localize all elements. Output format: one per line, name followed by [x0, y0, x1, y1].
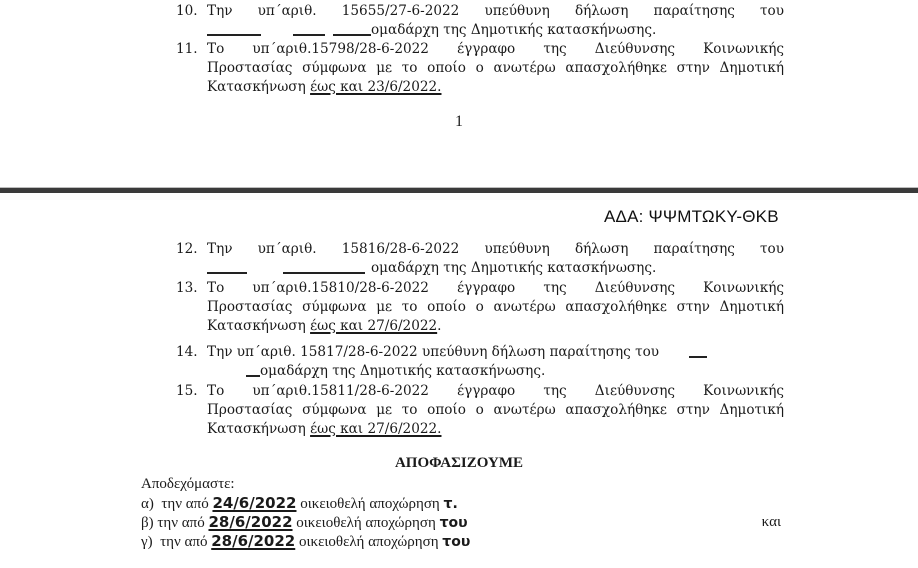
item-text-line: Την υπ΄αριθ. 15816/28-6-2022 υπεύθυνη δή… — [176, 240, 784, 259]
decision-item-b: β) την από 28/6/2022 οικειοθελή αποχώρησ… — [141, 513, 801, 533]
redacted-name — [283, 272, 365, 274]
item-text-line: Το υπ΄αριθ.15811/28-6-2022 έγγραφο της Δ… — [176, 382, 784, 401]
decision-bold-word: του — [440, 515, 468, 531]
redacted-name — [207, 272, 247, 274]
item-text-prefix: Κατασκήνωση — [207, 421, 310, 437]
decision-label: β) — [141, 515, 154, 531]
document-page-2: ΑΔΑ: ΨΨΜΤΩΚΥ-ΘΚΒ 12. Την υπ΄αριθ. 15816/… — [0, 193, 918, 568]
decision-prefix: την από — [160, 534, 207, 550]
item-text-line: Προστασίας σύμφωνα με το οποίο ο ανωτέρω… — [176, 298, 784, 317]
decision-item-c: γ) την από 28/6/2022 οικειοθελή αποχώρησ… — [141, 532, 801, 552]
page-number: 1 — [0, 113, 918, 131]
underlined-date: έως και 27/6/2022. — [310, 421, 441, 437]
list-item-13: 13. Το υπ΄αριθ.15810/28-6-2022 έγγραφο τ… — [176, 279, 784, 336]
item-text-line: Προστασίας σύμφωνα με το οποίο ο ανωτέρω… — [176, 401, 784, 420]
underlined-date: έως και 27/6/2022 — [310, 318, 437, 334]
decision-item-a: α) την από 24/6/2022 οικειοθελή αποχώρησ… — [141, 494, 801, 514]
item-number: 13. — [176, 279, 206, 298]
decision-text: οικειοθελή αποχώρηση — [299, 534, 439, 550]
item-text-line: Κατασκήνωση έως και 23/6/2022. — [176, 78, 784, 97]
item-number: 15. — [176, 382, 206, 401]
underlined-date: έως και 23/6/2022. — [310, 79, 441, 95]
list-item-10: 10. Την υπ΄αριθ. 15655/27-6-2022 υπεύθυν… — [176, 2, 784, 40]
item-text-line: Το υπ΄αριθ.15798/28-6-2022 έγγραφο της Δ… — [176, 40, 784, 59]
page-separator — [0, 183, 918, 193]
decision-text: οικειοθελή αποχώρηση — [296, 515, 436, 531]
item-text-line: Την υπ΄αριθ. 15817/28-6-2022 υπεύθυνη δή… — [176, 343, 784, 362]
list-item-14: 14. Την υπ΄αριθ. 15817/28-6-2022 υπεύθυν… — [176, 343, 784, 381]
item-number: 12. — [176, 240, 206, 259]
item-text-prefix: Κατασκήνωση — [207, 318, 310, 334]
item-number: 10. — [176, 2, 206, 21]
redacted-name — [333, 34, 371, 36]
item-text: Την υπ΄αριθ. 15817/28-6-2022 υπεύθυνη δή… — [207, 344, 659, 360]
decision-prefix: την από — [157, 515, 204, 531]
decision-bold-word: τ. — [444, 496, 458, 512]
decision-prefix: την από — [161, 496, 208, 512]
item-number: 14. — [176, 343, 206, 362]
document-page-1: 10. Την υπ΄αριθ. 15655/27-6-2022 υπεύθυν… — [0, 0, 918, 183]
decision-tail: και — [762, 513, 781, 532]
item-text-line: Κατασκήνωση έως και 27/6/2022. — [176, 317, 784, 336]
item-text-suffix: . — [437, 318, 441, 334]
item-text-line: Την υπ΄αριθ. 15655/27-6-2022 υπεύθυνη δή… — [176, 2, 784, 21]
redacted-name — [207, 34, 261, 36]
item-text-prefix: Κατασκήνωση — [207, 79, 310, 95]
item-text-suffix: ομαδάρχη της Δημοτικής κατασκήνωσης. — [371, 260, 656, 276]
decision-label: γ) — [141, 534, 153, 550]
decision-bold-word: του — [442, 534, 470, 550]
item-text-suffix: ομαδάρχη της Δημοτικής κατασκήνωσης. — [260, 363, 545, 379]
ada-code: ΑΔΑ: ΨΨΜΤΩΚΥ-ΘΚΒ — [604, 207, 779, 227]
item-text-line: ομαδάρχη της Δημοτικής κατασκήνωσης. — [176, 21, 784, 40]
decision-intro: Αποδεχόμαστε: — [141, 475, 801, 494]
list-item-15: 15. Το υπ΄αριθ.15811/28-6-2022 έγγραφο τ… — [176, 382, 784, 439]
item-text-line: ομαδάρχη της Δημοτικής κατασκήνωσης. — [176, 259, 784, 278]
item-text-line: Το υπ΄αριθ.15810/28-6-2022 έγγραφο της Δ… — [176, 279, 784, 298]
redacted-name — [246, 375, 260, 377]
item-text-line: Κατασκήνωση έως και 27/6/2022. — [176, 420, 784, 439]
redacted-name — [689, 356, 707, 358]
decision-title: ΑΠΟΦΑΣΙΖΟΥΜΕ — [0, 455, 918, 472]
decision-text: οικειοθελή αποχώρηση — [300, 496, 440, 512]
item-text-suffix: ομαδάρχη της Δημοτικής κατασκήνωσης. — [371, 22, 656, 38]
decision-date: 28/6/2022 — [211, 532, 295, 550]
item-text-line: ομαδάρχη της Δημοτικής κατασκήνωσης. — [176, 362, 784, 381]
redacted-name — [293, 34, 325, 36]
decision-label: α) — [141, 496, 154, 512]
decision-date: 24/6/2022 — [212, 494, 296, 512]
item-text-line: Προστασίας σύμφωνα με το οποίο ο ανωτέρω… — [176, 59, 784, 78]
item-number: 11. — [176, 40, 206, 59]
list-item-12: 12. Την υπ΄αριθ. 15816/28-6-2022 υπεύθυν… — [176, 240, 784, 278]
decision-date: 28/6/2022 — [208, 513, 292, 531]
list-item-11: 11. Το υπ΄αριθ.15798/28-6-2022 έγγραφο τ… — [176, 40, 784, 97]
